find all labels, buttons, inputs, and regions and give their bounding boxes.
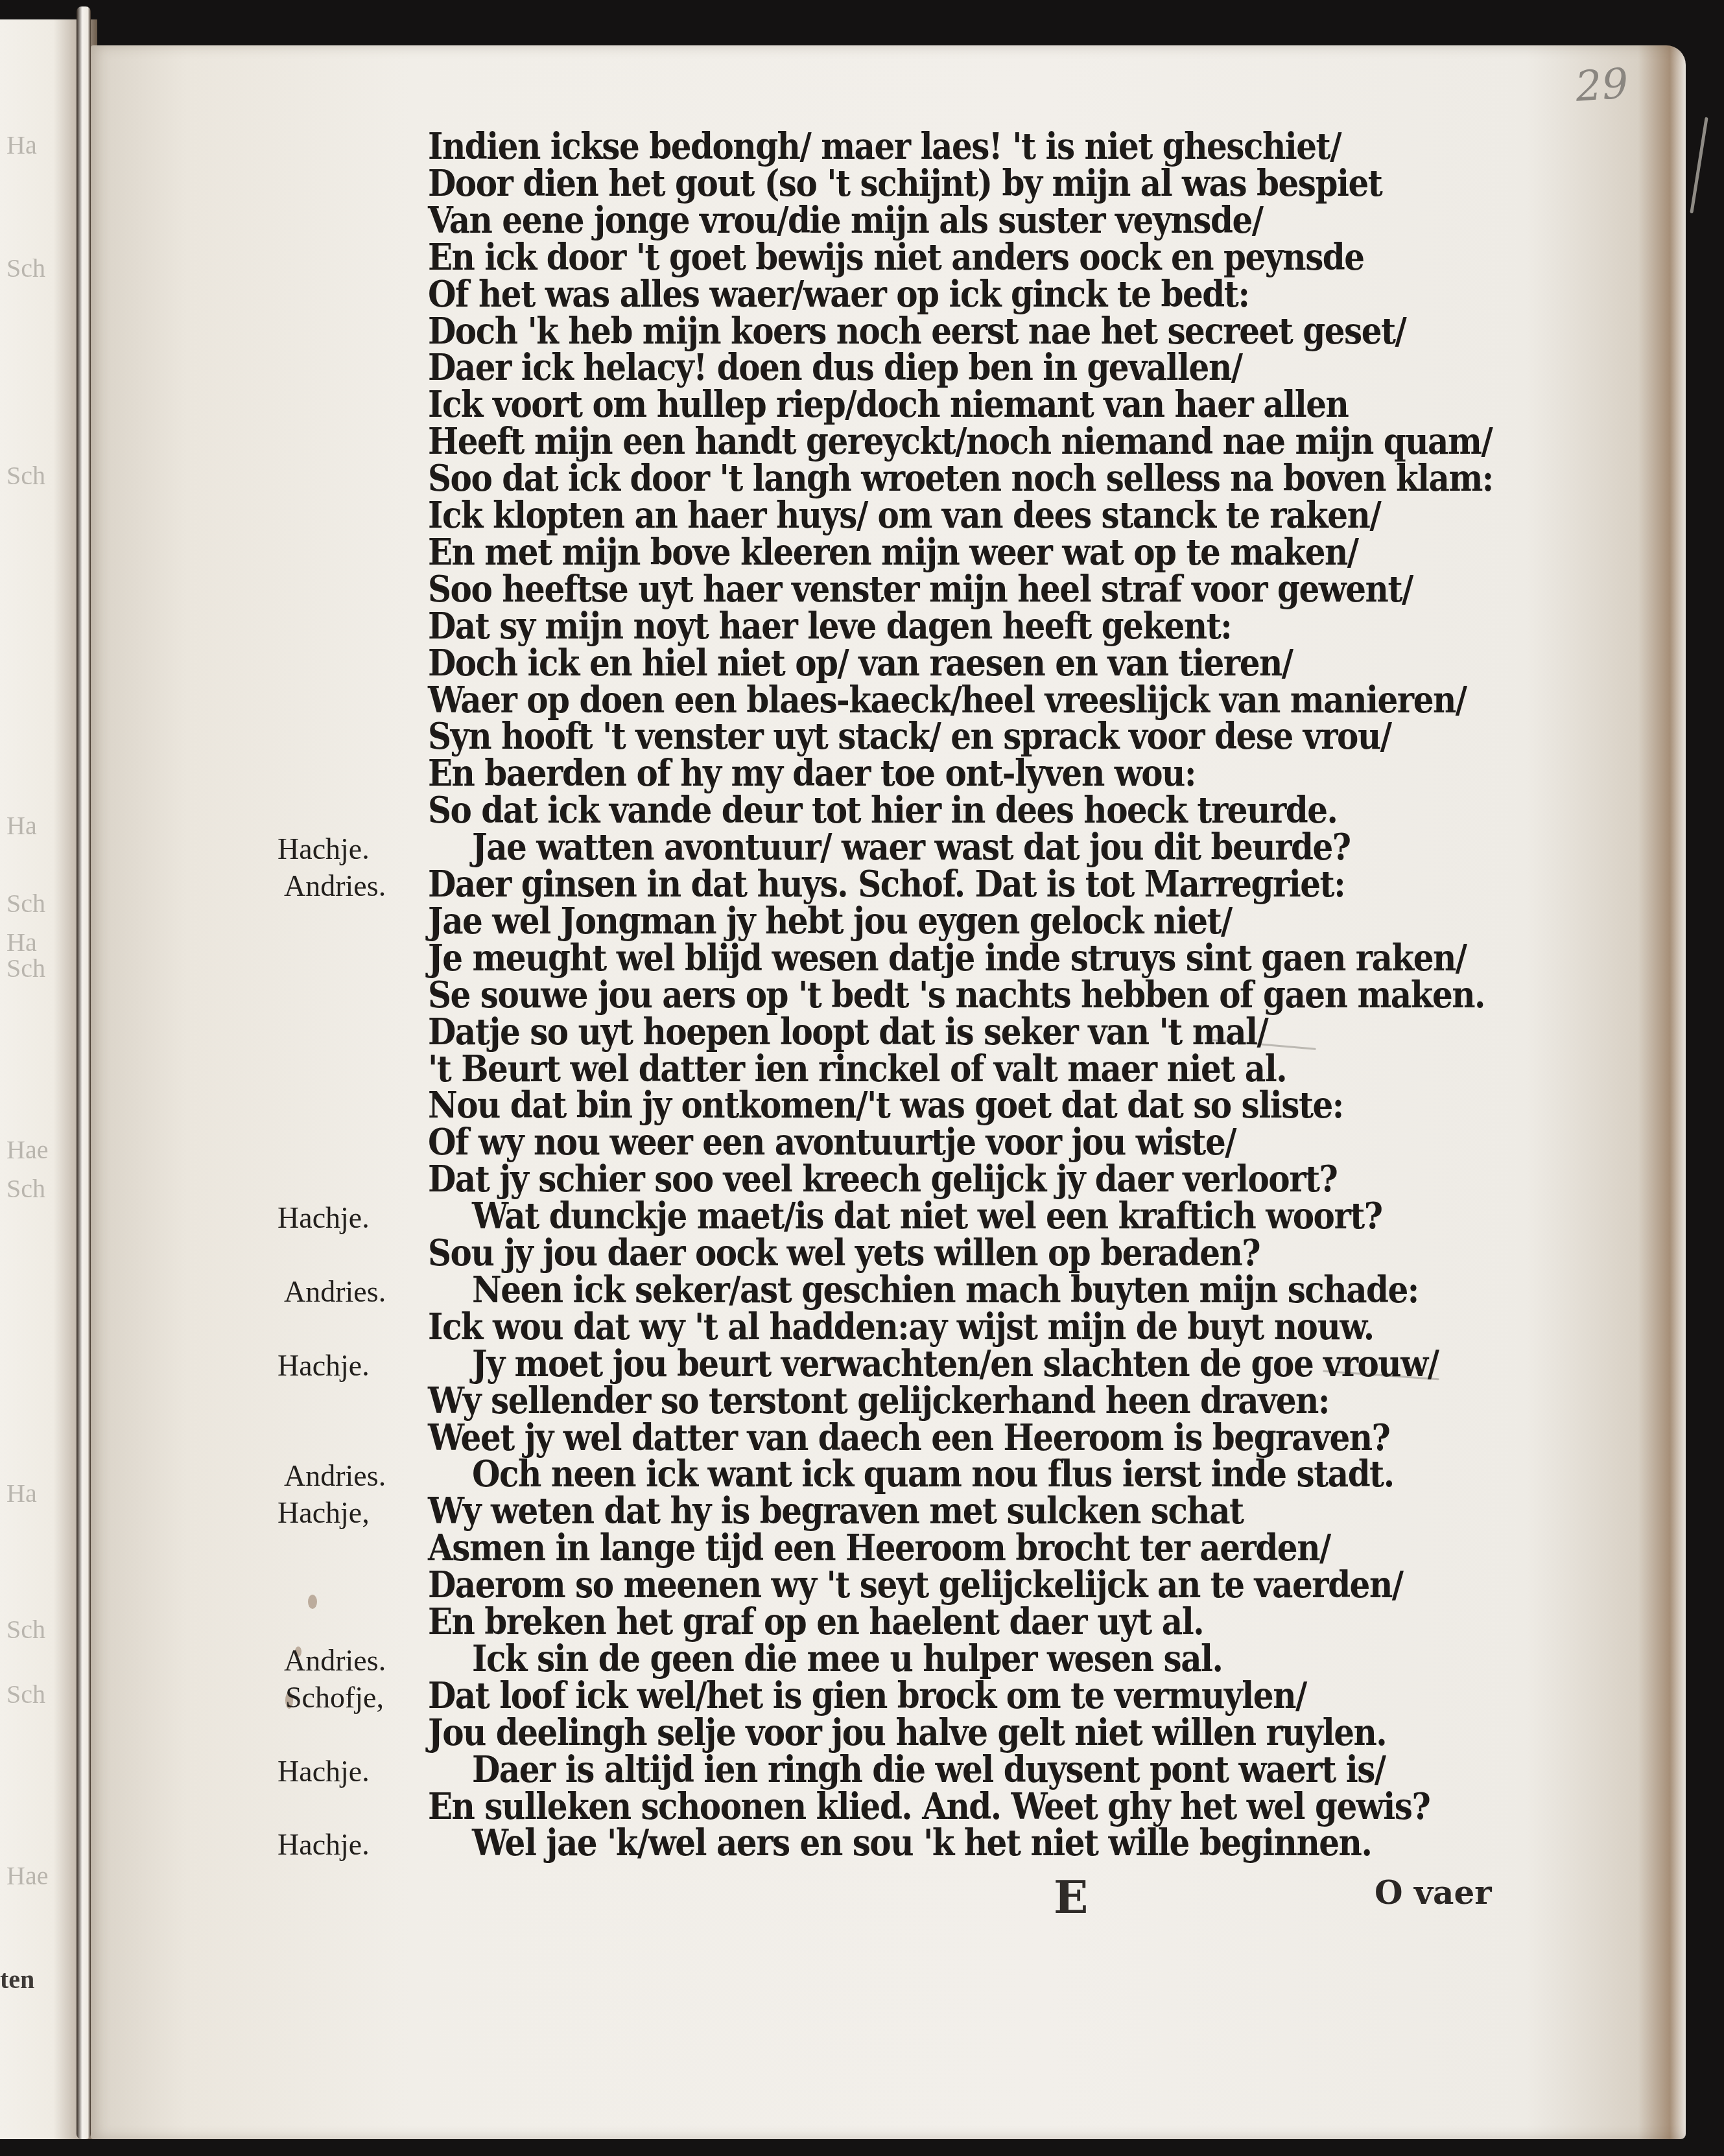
- verse-text: Dat sy mijn noyt haer leve dagen heeft g…: [428, 604, 1231, 647]
- speaker-label: Andries.: [284, 869, 386, 903]
- catchword: O vaer: [1375, 1873, 1492, 1912]
- speaker-label: Schofje,: [285, 1680, 384, 1715]
- speaker-label: Hachje.: [277, 1754, 370, 1788]
- verse-text: Soo heeftse uyt haer venster mijn heel s…: [428, 567, 1413, 610]
- verse-text: Datje so uyt hoepen loopt dat is seker v…: [428, 1010, 1268, 1053]
- speaker-label: Hachje.: [277, 1201, 370, 1235]
- verse-text: Wy sellender so terstont gelijckerhand h…: [428, 1379, 1329, 1422]
- signature-mark: E: [1054, 1870, 1088, 1924]
- verse-text-block: Indien ickse bedongh/ maer laes! 't is n…: [0, 0, 1724, 2156]
- verse-text: En ick door 't goet bewijs niet anders o…: [428, 235, 1364, 278]
- speaker-label: Andries.: [284, 1643, 386, 1678]
- speaker-label: Andries.: [284, 1459, 386, 1493]
- verse-text: Van eene jonge vrou/die mijn als suster …: [428, 198, 1263, 241]
- verse-text: Wel jae 'k/wel aers en sou 'k het niet w…: [472, 1821, 1371, 1864]
- verse-text: Of het was alles waer/waer op ick ginck …: [428, 272, 1249, 315]
- speaker-label: Hachje,: [277, 1495, 370, 1530]
- verse-text: Dat loof ick wel/het is gien brock om te…: [428, 1674, 1306, 1717]
- verse-text: Ick wou dat wy 't al hadden:ay wijst mij…: [428, 1305, 1374, 1348]
- speaker-label: Andries.: [284, 1274, 386, 1309]
- verse-text: Jy moet jou beurt verwachten/en slachten…: [472, 1342, 1439, 1385]
- verse-text: Jou deelingh selje voor jou halve gelt n…: [428, 1711, 1386, 1753]
- verse-text: Daer is altijd ien ringh die wel duysent…: [472, 1748, 1386, 1790]
- verse-text: Je meught wel blijd wesen datje inde str…: [428, 936, 1467, 979]
- speaker-label: Hachje.: [277, 1827, 370, 1862]
- speaker-label: Hachje.: [277, 1348, 370, 1383]
- verse-text: Doch ick en hiel niet op/ van raesen en …: [428, 641, 1293, 684]
- speaker-label: Hachje.: [277, 832, 370, 866]
- verse-text: Se souwe jou aers op 't bedt 's nachts h…: [428, 973, 1485, 1016]
